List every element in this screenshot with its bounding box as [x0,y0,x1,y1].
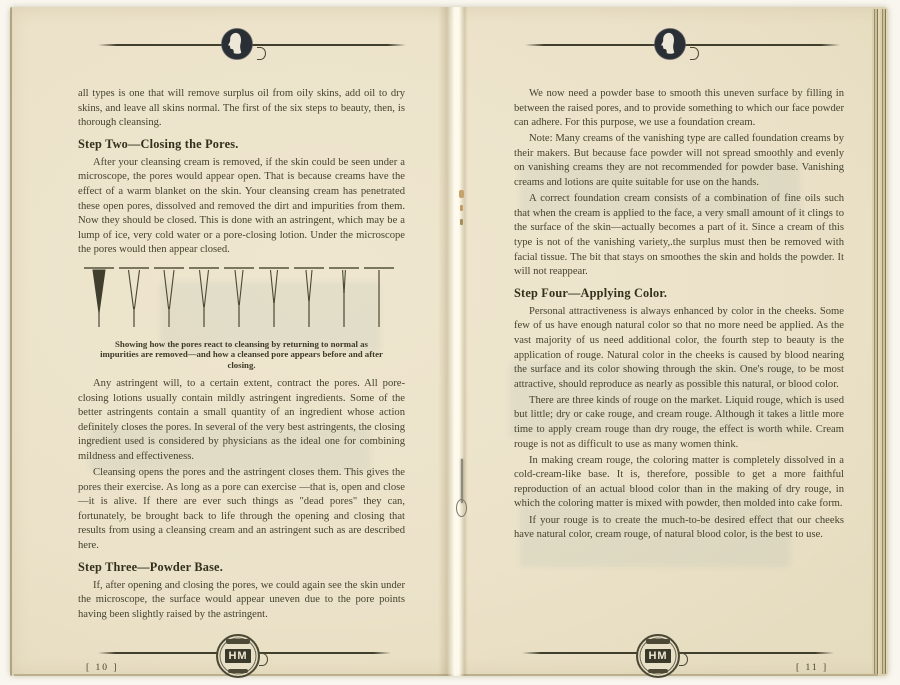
paragraph: We now need a powder base to smooth this… [514,87,844,131]
seal-monogram: HM [645,649,670,663]
page-number-left: [ 10 ] [86,663,119,673]
paragraph: If your rouge is to create the much-to-b… [514,514,844,543]
hm-seal-icon: HM [216,634,260,678]
pore-diagram-icon [82,263,402,331]
hm-seal-icon: HM [636,634,680,678]
woman-cameo-icon [220,27,254,61]
left-page-text: all types is one that will remove surplu… [78,87,405,624]
woman-cameo-icon [653,27,687,61]
heading-step-four: Step Four—Applying Color. [514,286,844,301]
staple-marks-top [459,190,464,198]
paragraph: After your cleansing cream is removed, i… [78,156,405,258]
booklet-spread: all types is one that will remove surplu… [10,7,888,676]
paragraph: In making cream rouge, the coloring matt… [514,454,844,512]
ornament-curl [679,653,688,666]
ornament-curl [257,47,266,60]
paragraph: Cleansing opens the pores and the astrin… [78,466,405,554]
ornament-curl [690,47,699,60]
binding-gutter [438,7,468,676]
page-number-right: [ 11 ] [796,663,828,673]
paragraph: Note: Many creams of the vanishing type … [514,132,844,190]
paragraph: all types is one that will remove surplu… [78,87,405,131]
ornament-curl [259,653,268,666]
paragraph: There are three kinds of rouge on the ma… [514,394,844,452]
paragraph: Personal attractiveness is always enhanc… [514,305,844,393]
pore-diagram-figure [78,263,405,337]
figure-caption: Showing how the pores react to cleansing… [98,339,386,371]
staple-icon [461,459,463,503]
paragraph: A correct foundation cream consists of a… [514,192,844,280]
heading-step-two: Step Two—Closing the Pores. [78,137,405,152]
heading-step-three: Step Three—Powder Base. [78,560,405,575]
left-page: all types is one that will remove surplu… [10,7,450,676]
staple-loop-icon [456,499,467,517]
paragraph: Any astringent will, to a certain extent… [78,377,405,465]
right-page-text: We now need a powder base to smooth this… [514,87,844,544]
scanned-booklet-photo: all types is one that will remove surplu… [0,0,900,685]
right-page: We now need a powder base to smooth this… [450,7,888,676]
seal-monogram: HM [225,649,250,663]
paragraph: If, after opening and closing the pores,… [78,579,405,623]
